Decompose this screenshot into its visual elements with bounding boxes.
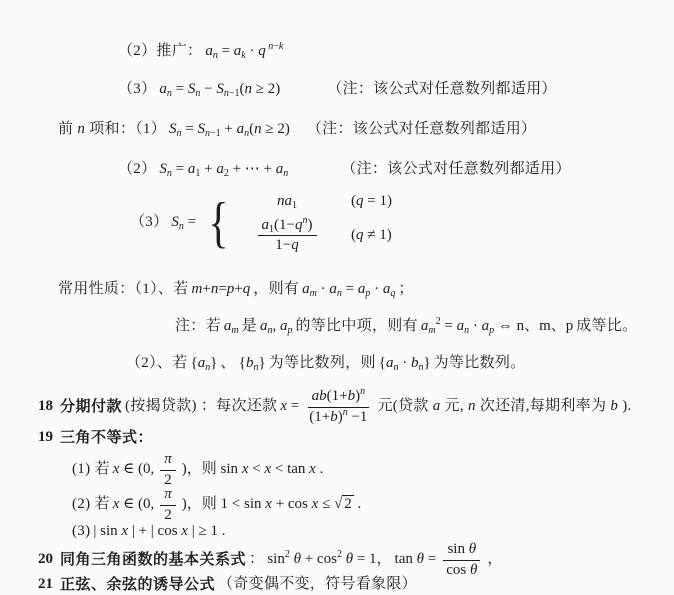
math-expression: am · an = ap · aq bbox=[302, 280, 395, 300]
suffix-text: 成等比。 bbox=[576, 317, 637, 337]
case-row-q-equals-1: na1 (q = 1) bbox=[237, 192, 392, 212]
math-expression: x ∈ (0, bbox=[113, 495, 155, 515]
line-sum-piecewise: （3） Sn = { na1 (q = 1) a1(1−qn) 1−q (q ≠… bbox=[130, 192, 392, 254]
item-label: （2）推广： bbox=[118, 42, 202, 62]
section-title: 三角不等式： bbox=[60, 428, 153, 448]
fraction-denominator: cos θ bbox=[442, 561, 481, 579]
section-label: 常用性质：（1）、若 bbox=[58, 280, 189, 300]
math-lhs: Sn = bbox=[171, 213, 196, 233]
item-label: (1) 若 bbox=[72, 460, 110, 480]
fraction-numerator: a1(1−qn) bbox=[258, 217, 317, 236]
math-expression: am2 = an · ap ⇔ n、m、p bbox=[421, 317, 573, 337]
cases-block: na1 (q = 1) a1(1−qn) 1−q (q ≠ 1) bbox=[237, 192, 392, 254]
math-expression: | sin x | + | cos x | ≥ 1 . bbox=[93, 522, 225, 542]
math-expression: {an · bn} bbox=[379, 354, 431, 374]
section-subtitle: （奇变偶不变，符号看象限） bbox=[218, 575, 417, 595]
note: （注：该公式对任意数列都适用） bbox=[307, 120, 537, 140]
fraction-denominator: (1+b)n −1 bbox=[305, 408, 371, 426]
note: （注：该公式对任意数列都适用） bbox=[341, 160, 571, 180]
fraction-pi-over-2: π 2 bbox=[160, 451, 176, 489]
line-sum-expanded: （2） Sn = a1 + a2 + ⋯ + an （注：该公式对任意数列都适用… bbox=[118, 160, 571, 180]
item-label: （2） bbox=[118, 160, 156, 180]
fraction-numerator: sin θ bbox=[443, 541, 480, 560]
line-trig-inequality-1: (1) 若 x ∈ (0, π 2 )，则 sin x < x < tan x … bbox=[72, 452, 323, 488]
connector-text: 、 bbox=[220, 354, 235, 374]
section-title: 分期付款 bbox=[60, 397, 122, 417]
fraction-denominator: 2 bbox=[160, 506, 176, 524]
math-expression: an = Sn − Sn−1(n ≥ 2) bbox=[159, 80, 280, 100]
math-expression: )，则 sin x < x < tan x . bbox=[182, 460, 324, 480]
math-expression: m+n=p+q bbox=[192, 280, 251, 300]
line-geometric-mean-note: 注：若 am 是 an, ap 的等比中项，则有 am2 = an · ap ⇔… bbox=[175, 317, 637, 337]
cases-brace: { bbox=[208, 198, 228, 248]
math-expression: sin2 θ + cos2 θ = 1， bbox=[267, 550, 391, 570]
math-expression: {an} bbox=[191, 354, 218, 374]
math-expression: {bn} bbox=[239, 354, 266, 374]
line-section-20-trig-identities: 20 同角三角函数的基本关系式 ： sin2 θ + cos2 θ = 1， t… bbox=[38, 540, 503, 580]
line-trig-inequality-2: (2) 若 x ∈ (0, π 2 )，则 1 < sin x + cos x … bbox=[72, 487, 361, 523]
suffix-text: 为等比数列。 bbox=[434, 354, 526, 374]
section-number: 18 bbox=[38, 397, 53, 417]
section-number: 21 bbox=[38, 575, 53, 595]
section-label: (按揭贷款) ：每次还款 bbox=[125, 397, 277, 417]
math-expression: an, ap bbox=[260, 317, 293, 337]
fraction-numerator: π bbox=[160, 486, 176, 505]
line-common-property-1: 常用性质：（1）、若 m+n=p+q ，则有 am · an = ap · aq… bbox=[58, 280, 414, 300]
formula-sheet-page: （2）推广： an = ak · q n−k （3） an = Sn − Sn−… bbox=[0, 0, 674, 595]
item-label: 前 n 项和：（1） bbox=[58, 120, 166, 140]
item-label: （3） bbox=[130, 213, 168, 233]
math-expression: an = ak · q n−k bbox=[205, 42, 283, 62]
connector-text: 为等比数列，则 bbox=[269, 354, 376, 374]
math-expression: )，则 1 < sin x + cos x ≤ √2 . bbox=[182, 495, 362, 515]
fraction: ab(1+b)n (1+b)n −1 bbox=[305, 388, 371, 426]
line-geoseq-general-term: （2）推广： an = ak · q n−k bbox=[118, 42, 283, 62]
case-value: na1 bbox=[277, 192, 297, 212]
fraction-denominator: 1−q bbox=[271, 236, 302, 254]
case-row-q-not-1: a1(1−qn) 1−q (q ≠ 1) bbox=[237, 217, 392, 255]
suffix-text: 元(贷款 a 元, n 次还清,每期利率为 b ). bbox=[377, 397, 631, 417]
item-label: （3） bbox=[118, 80, 156, 100]
line-common-property-2: （2）、若 {an} 、 {bn} 为等比数列，则 {an · bn} 为等比数… bbox=[126, 354, 525, 374]
item-label: (2) 若 bbox=[72, 495, 110, 515]
connector-text: 是 bbox=[242, 317, 257, 337]
line-section-21-induction-formulas: 21 正弦、余弦的诱导公式 （奇变偶不变，符号看象限） bbox=[38, 575, 417, 595]
punctuation: ， bbox=[487, 550, 502, 570]
fraction-numerator: π bbox=[160, 451, 176, 470]
math-expression: Sn = a1 + a2 + ⋯ + an bbox=[159, 160, 288, 180]
line-section-19-trig-inequalities: 19 三角不等式： bbox=[38, 428, 153, 448]
line-section-18-installment: 18 分期付款 (按揭贷款) ：每次还款 x = ab(1+b)n (1+b)n… bbox=[38, 386, 632, 428]
line-sum-recursive: 前 n 项和：（1） Sn = Sn−1 + an(n ≥ 2) （注：该公式对… bbox=[58, 120, 536, 140]
math-expression: x ∈ (0, bbox=[113, 460, 155, 480]
section-title: 同角三角函数的基本关系式 bbox=[60, 550, 246, 570]
separator: ： bbox=[249, 550, 264, 570]
item-label: （2）、若 bbox=[126, 354, 188, 374]
math-lhs: x = bbox=[280, 397, 299, 417]
case-condition: (q = 1) bbox=[351, 192, 392, 212]
line-trig-inequality-3: (3) | sin x | + | cos x | ≥ 1 . bbox=[72, 522, 225, 542]
case-condition: (q ≠ 1) bbox=[351, 226, 392, 246]
fraction-sin-over-cos: sin θ cos θ bbox=[442, 541, 481, 579]
section-number: 20 bbox=[38, 550, 53, 570]
fraction-numerator: ab(1+b)n bbox=[308, 388, 369, 407]
note: （注：该公式对任意数列都适用） bbox=[327, 80, 557, 100]
fraction: a1(1−qn) 1−q bbox=[258, 217, 317, 255]
note-label: 注：若 bbox=[175, 317, 221, 337]
connector-text: ，则有 bbox=[253, 280, 299, 300]
item-label: (3) bbox=[72, 522, 90, 542]
section-number: 19 bbox=[38, 428, 53, 448]
connector-text: 的等比中项，则有 bbox=[295, 317, 417, 337]
math-expression: am bbox=[224, 317, 239, 337]
math-lhs: tan θ = bbox=[395, 550, 437, 570]
punctuation: ； bbox=[398, 280, 413, 300]
section-title: 正弦、余弦的诱导公式 bbox=[60, 575, 215, 595]
fraction-pi-over-2: π 2 bbox=[160, 486, 176, 524]
line-term-from-sum: （3） an = Sn − Sn−1(n ≥ 2) （注：该公式对任意数列都适用… bbox=[118, 80, 557, 100]
math-expression: Sn = Sn−1 + an(n ≥ 2) bbox=[169, 120, 290, 140]
